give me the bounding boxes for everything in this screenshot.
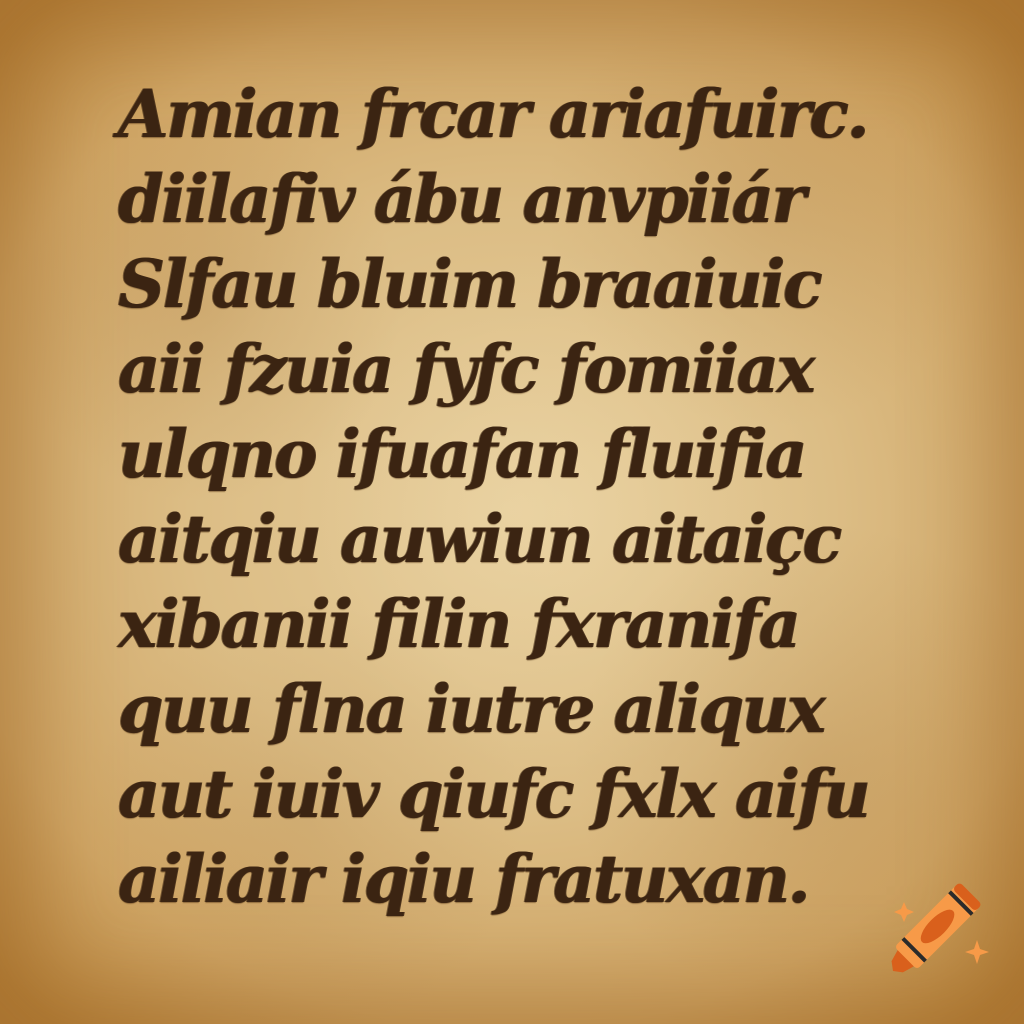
crayon-icon: [882, 882, 982, 982]
manuscript-line-8: quu flna iutre aliqux: [118, 667, 892, 752]
sparkle-icon: [894, 902, 914, 922]
manuscript-line-5: ulqno ifuafan fluifia: [118, 412, 892, 497]
crayon-logo: [868, 868, 998, 988]
manuscript-line-1: Amian frcar ariafuirc.: [118, 72, 892, 157]
manuscript-line-10: ailiair iqiu fratuxan.: [118, 837, 892, 922]
sparkle-icon: [965, 940, 989, 964]
manuscript-line-7: xibanii filin fxranifa: [118, 582, 892, 667]
manuscript-line-2: diilafiv ábu anvpiiár: [118, 157, 892, 242]
manuscript-text-block: Amian frcar ariafuirc. diilafiv ábu anvp…: [118, 72, 908, 922]
manuscript-line-9: aut iuiv qiufc fxlx aifu: [118, 752, 892, 837]
manuscript-line-3: Slfau bluim braaiuic: [118, 242, 892, 327]
manuscript-line-6: aitqiu auwiun aitaiçc: [118, 497, 892, 582]
manuscript-line-4: aii fzuia fyfc fomiiax: [118, 327, 892, 412]
